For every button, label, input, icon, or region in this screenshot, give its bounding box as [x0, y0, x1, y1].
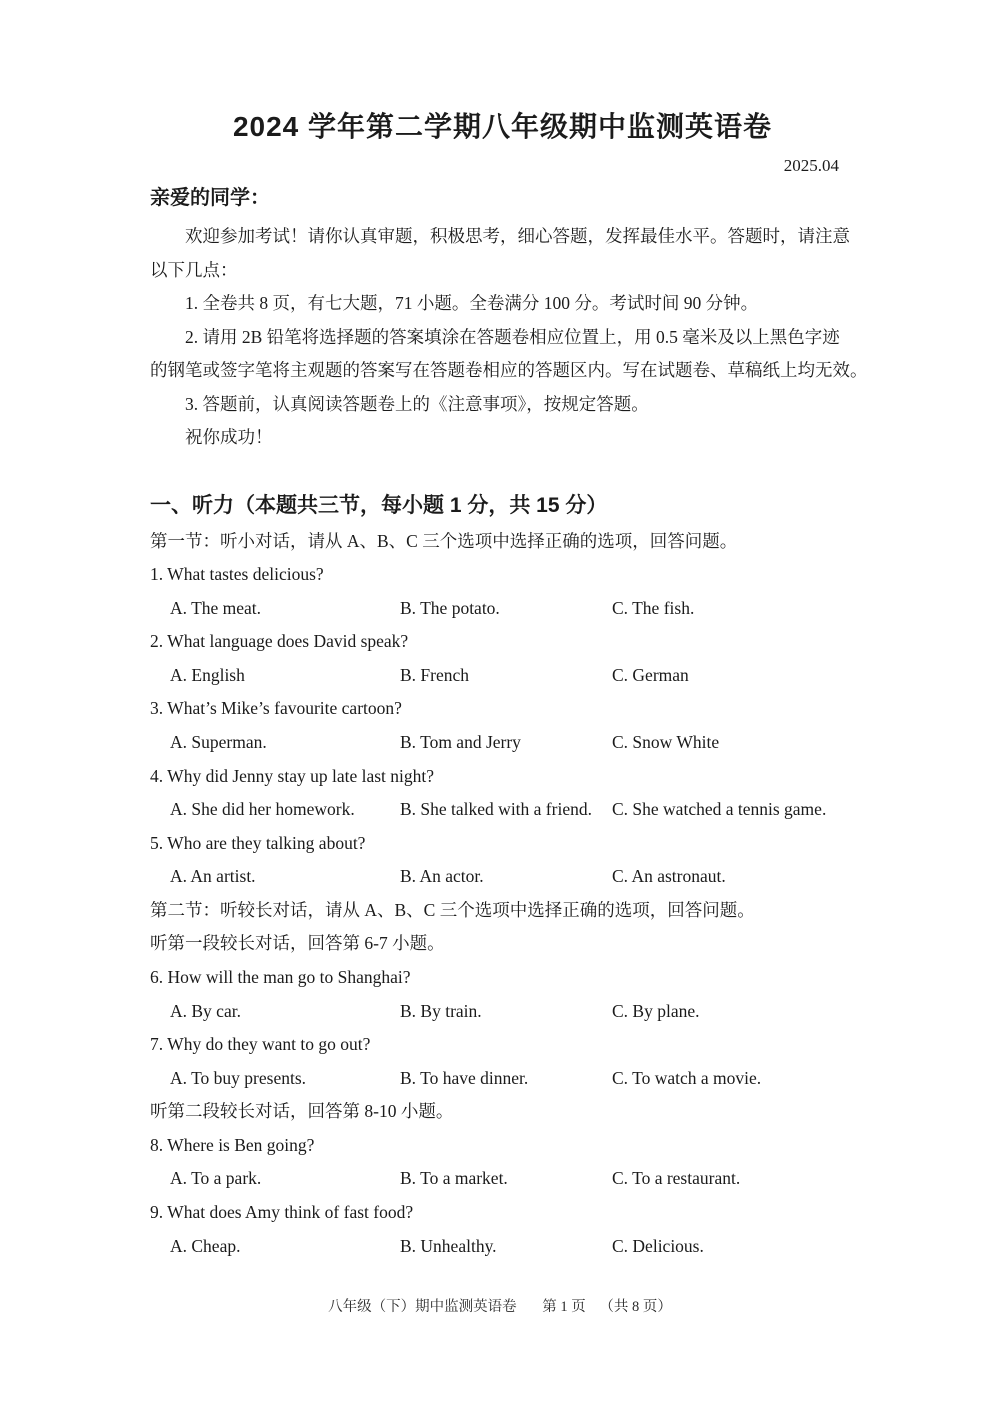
question-4-options: A. She did her homework. B. She talked w…: [150, 793, 855, 827]
question-2-option-a: A. English: [170, 659, 400, 693]
instructions-line-1: 欢迎参加考试！请你认真审题，积极思考，细心答题，发挥最佳水平。答题时，请注意: [150, 220, 855, 254]
question-7-option-b: B. To have dinner.: [400, 1062, 612, 1096]
instructions-line-2: 以下几点：: [150, 254, 855, 288]
question-3-text: 3. What’s Mike’s favourite cartoon?: [150, 692, 855, 726]
question-2-text: 2. What language does David speak?: [150, 625, 855, 659]
question-7-option-a: A. To buy presents.: [170, 1062, 400, 1096]
exam-instructions: 欢迎参加考试！请你认真审题，积极思考，细心答题，发挥最佳水平。答题时，请注意 以…: [150, 220, 855, 455]
question-4-option-c: C. She watched a tennis game.: [612, 793, 855, 827]
question-7-option-c: C. To watch a movie.: [612, 1062, 855, 1096]
salutation: 亲爱的同学：: [150, 186, 855, 210]
question-1-option-c: C. The fish.: [612, 592, 855, 626]
question-7-options: A. To buy presents. B. To have dinner. C…: [150, 1062, 855, 1096]
question-9-options: A. Cheap. B. Unhealthy. C. Delicious.: [150, 1230, 855, 1264]
question-3-option-c: C. Snow White: [612, 726, 855, 760]
question-6-text: 6. How will the man go to Shanghai?: [150, 961, 855, 995]
question-4-option-a: A. She did her homework.: [170, 793, 400, 827]
footer-total-pages: （共 8 页）: [599, 1299, 672, 1315]
question-6-options: A. By car. B. By train. C. By plane.: [150, 995, 855, 1029]
question-5-option-c: C. An astronaut.: [612, 860, 855, 894]
question-2-option-b: B. French: [400, 659, 612, 693]
page-title: 2024 学年第二学期八年级期中监测英语卷: [150, 0, 855, 144]
exam-paper-page: 2024 学年第二学期八年级期中监测英语卷 2025.04 亲爱的同学： 欢迎参…: [0, 0, 1000, 1414]
exam-date: 2025.04: [150, 156, 855, 176]
question-1-option-a: A. The meat.: [170, 592, 400, 626]
question-5-option-b: B. An actor.: [400, 860, 612, 894]
part-1-intro: 第一节：听小对话，请从 A、B、C 三个选项中选择正确的选项，回答问题。: [150, 525, 855, 559]
question-4-text: 4. Why did Jenny stay up late last night…: [150, 760, 855, 794]
page-footer: 八年级（下）期中监测英语卷 第 1 页 （共 8 页）: [0, 1295, 1000, 1316]
listening-section: 第一节：听小对话，请从 A、B、C 三个选项中选择正确的选项，回答问题。 1. …: [150, 525, 855, 1264]
instructions-note-3: 3. 答题前，认真阅读答题卷上的《注意事项》，按规定答题。: [150, 388, 855, 422]
footer-doc-label: 八年级（下）期中监测英语卷: [328, 1299, 517, 1315]
dialog-2-intro: 听第二段较长对话，回答第 8-10 小题。: [150, 1095, 855, 1129]
instructions-note-2-line-2: 的钢笔或签字笔将主观题的答案写在答题卷相应的答题区内。写在试题卷、草稿纸上均无效…: [150, 354, 855, 388]
instructions-note-1: 1. 全卷共 8 页，有七大题，71 小题。全卷满分 100 分。考试时间 90…: [150, 287, 855, 321]
question-8-option-b: B. To a market.: [400, 1162, 612, 1196]
question-8-option-a: A. To a park.: [170, 1162, 400, 1196]
question-8-option-c: C. To a restaurant.: [612, 1162, 855, 1196]
question-5-option-a: A. An artist.: [170, 860, 400, 894]
question-7-text: 7. Why do they want to go out?: [150, 1028, 855, 1062]
question-6-option-c: C. By plane.: [612, 995, 855, 1029]
question-2-options: A. English B. French C. German: [150, 659, 855, 693]
question-5-text: 5. Who are they talking about?: [150, 827, 855, 861]
question-6-option-b: B. By train.: [400, 995, 612, 1029]
question-3-option-a: A. Superman.: [170, 726, 400, 760]
instructions-note-2-line-1: 2. 请用 2B 铅笔将选择题的答案填涂在答题卷相应位置上，用 0.5 毫米及以…: [150, 321, 855, 355]
footer-page-number: 第 1 页: [542, 1299, 586, 1315]
question-1-options: A. The meat. B. The potato. C. The fish.: [150, 592, 855, 626]
question-1-option-b: B. The potato.: [400, 592, 612, 626]
question-8-options: A. To a park. B. To a market. C. To a re…: [150, 1162, 855, 1196]
question-8-text: 8. Where is Ben going?: [150, 1129, 855, 1163]
question-9-option-a: A. Cheap.: [170, 1230, 400, 1264]
part-2-intro: 第二节：听较长对话，请从 A、B、C 三个选项中选择正确的选项，回答问题。: [150, 894, 855, 928]
question-1-text: 1. What tastes delicious?: [150, 558, 855, 592]
question-3-option-b: B. Tom and Jerry: [400, 726, 612, 760]
question-5-options: A. An artist. B. An actor. C. An astrona…: [150, 860, 855, 894]
question-6-option-a: A. By car.: [170, 995, 400, 1029]
question-9-text: 9. What does Amy think of fast food?: [150, 1196, 855, 1230]
question-9-option-b: B. Unhealthy.: [400, 1230, 612, 1264]
question-4-option-b: B. She talked with a friend.: [400, 793, 612, 827]
instructions-wish: 祝你成功！: [150, 421, 855, 455]
question-3-options: A. Superman. B. Tom and Jerry C. Snow Wh…: [150, 726, 855, 760]
question-2-option-c: C. German: [612, 659, 855, 693]
question-9-option-c: C. Delicious.: [612, 1230, 855, 1264]
section-1-heading: 一、听力（本题共三节，每小题 1 分，共 15 分）: [150, 489, 855, 523]
dialog-1-intro: 听第一段较长对话，回答第 6-7 小题。: [150, 927, 855, 961]
